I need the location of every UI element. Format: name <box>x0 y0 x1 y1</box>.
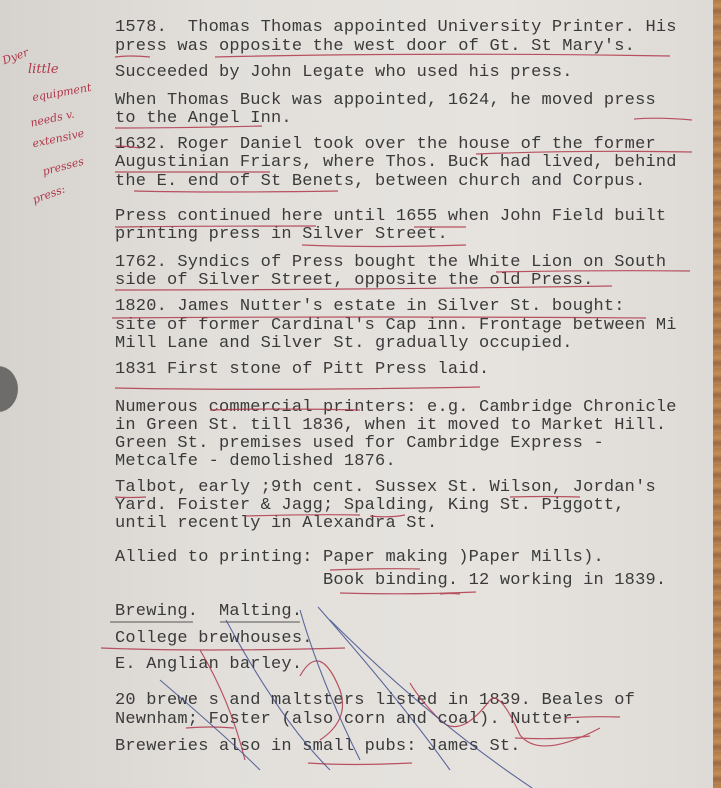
text-line: 1820. James Nutter's estate in Silver St… <box>115 298 625 316</box>
text-line: Breweries also in small pubs: James St. <box>115 738 521 756</box>
text-line: E. Anglian barley. <box>115 656 302 674</box>
text-line: 1578. Thomas Thomas appointed University… <box>115 19 677 37</box>
text-line: 1831 First stone of Pitt Press laid. <box>115 361 489 379</box>
text-line: Green St. premises used for Cambridge Ex… <box>115 435 604 453</box>
text-line: the E. end of St Benets, between church … <box>115 173 646 191</box>
text-line: 20 brewe s and maltsters listed in 1839.… <box>115 692 635 710</box>
text-line: Brewing. Malting. <box>115 603 302 621</box>
text-line: Metcalfe - demolished 1876. <box>115 453 396 471</box>
text-line: Succeeded by John Legate who used his pr… <box>115 64 573 82</box>
text-line: in Green St. till 1836, when it moved to… <box>115 417 666 435</box>
text-line: Allied to printing: Paper making )Paper … <box>115 549 604 567</box>
text-line: Augustinian Friars, where Thos. Buck had… <box>115 154 677 172</box>
document-page <box>0 0 713 788</box>
text-line: press was opposite the west door of Gt. … <box>115 38 635 56</box>
text-line: Yard. Foister & Jagg; Spalding, King St.… <box>115 497 625 515</box>
text-line: Talbot, early ;9th cent. Sussex St. Wils… <box>115 479 656 497</box>
text-line: Press continued here until 1655 when Joh… <box>115 208 666 226</box>
text-line: Mill Lane and Silver St. gradually occup… <box>115 335 573 353</box>
wooden-table-edge <box>713 0 721 788</box>
text-line: Newnham; Foster (also corn and coal). Nu… <box>115 711 583 729</box>
text-line: College brewhouses. <box>115 630 313 648</box>
text-line: When Thomas Buck was appointed, 1624, he… <box>115 92 656 110</box>
text-line: side of Silver Street, opposite the old … <box>115 272 593 290</box>
text-line: to the Angel Inn. <box>115 110 292 128</box>
text-line: printing press in Silver Street. <box>115 226 448 244</box>
margin-note: little <box>28 62 59 77</box>
text-line: Book binding. 12 working in 1839. <box>115 572 666 590</box>
text-line: 1762. Syndics of Press bought the White … <box>115 254 666 272</box>
text-line: until recently in Alexandra St. <box>115 515 437 533</box>
text-line: Numerous commercial printers: e.g. Cambr… <box>115 399 677 417</box>
text-line: site of former Cardinal's Cap inn. Front… <box>115 317 677 335</box>
text-line: 1632. Roger Daniel took over the house o… <box>115 136 656 154</box>
